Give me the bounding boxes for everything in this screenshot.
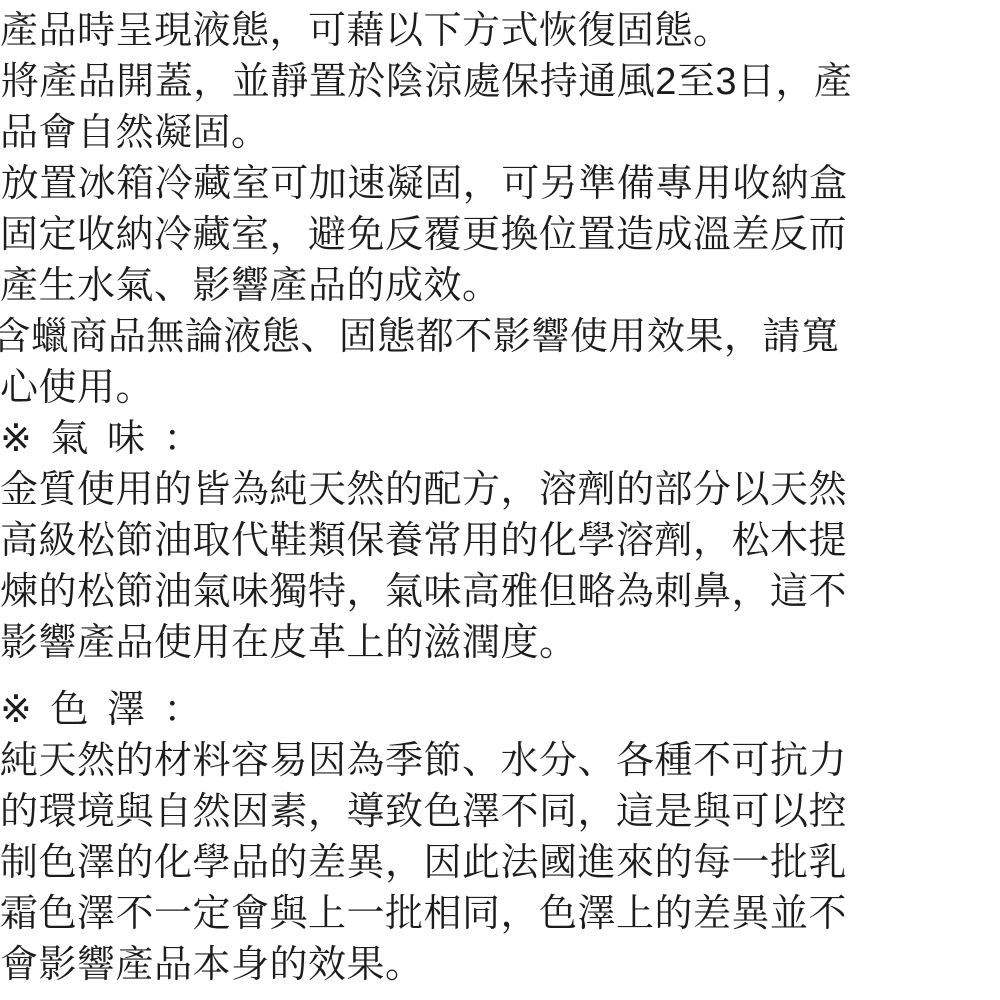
color-section-body: 純天然的材料容易因為季節、水分、各種不可抗力 的環境與自然因素，導致色澤不同，這… bbox=[0, 736, 1000, 991]
scent-section-body: 金質使用的皆為純天然的配方，溶劑的部分以天然 高級松節油取代鞋類保養常用的化學溶… bbox=[0, 465, 1000, 669]
step-2-refrigerate: 2.放置冰箱冷藏室可加速凝固，可另準備專用收納盒 固定收納冷藏室，避免反覆更換位… bbox=[0, 159, 1000, 312]
step-1-ventilate: 1.將產品開蓋，並靜置於陰涼處保持通風2至3日，產 品會自然凝固。 bbox=[0, 57, 1000, 159]
color-section-heading: ※ 色 澤 ： bbox=[0, 685, 1000, 736]
product-description-document: 產品時呈現液態，可藉以下方式恢復固態。 1.將產品開蓋，並靜置於陰涼處保持通風2… bbox=[0, 0, 1000, 1000]
intro-line: 產品時呈現液態，可藉以下方式恢復固態。 bbox=[0, 6, 1000, 57]
wax-product-note: ※含蠟商品無論液態、固態都不影響使用效果，請寬 心使用。 bbox=[0, 312, 1000, 414]
scent-section-heading: ※ 氣 味 ： bbox=[0, 414, 1000, 465]
